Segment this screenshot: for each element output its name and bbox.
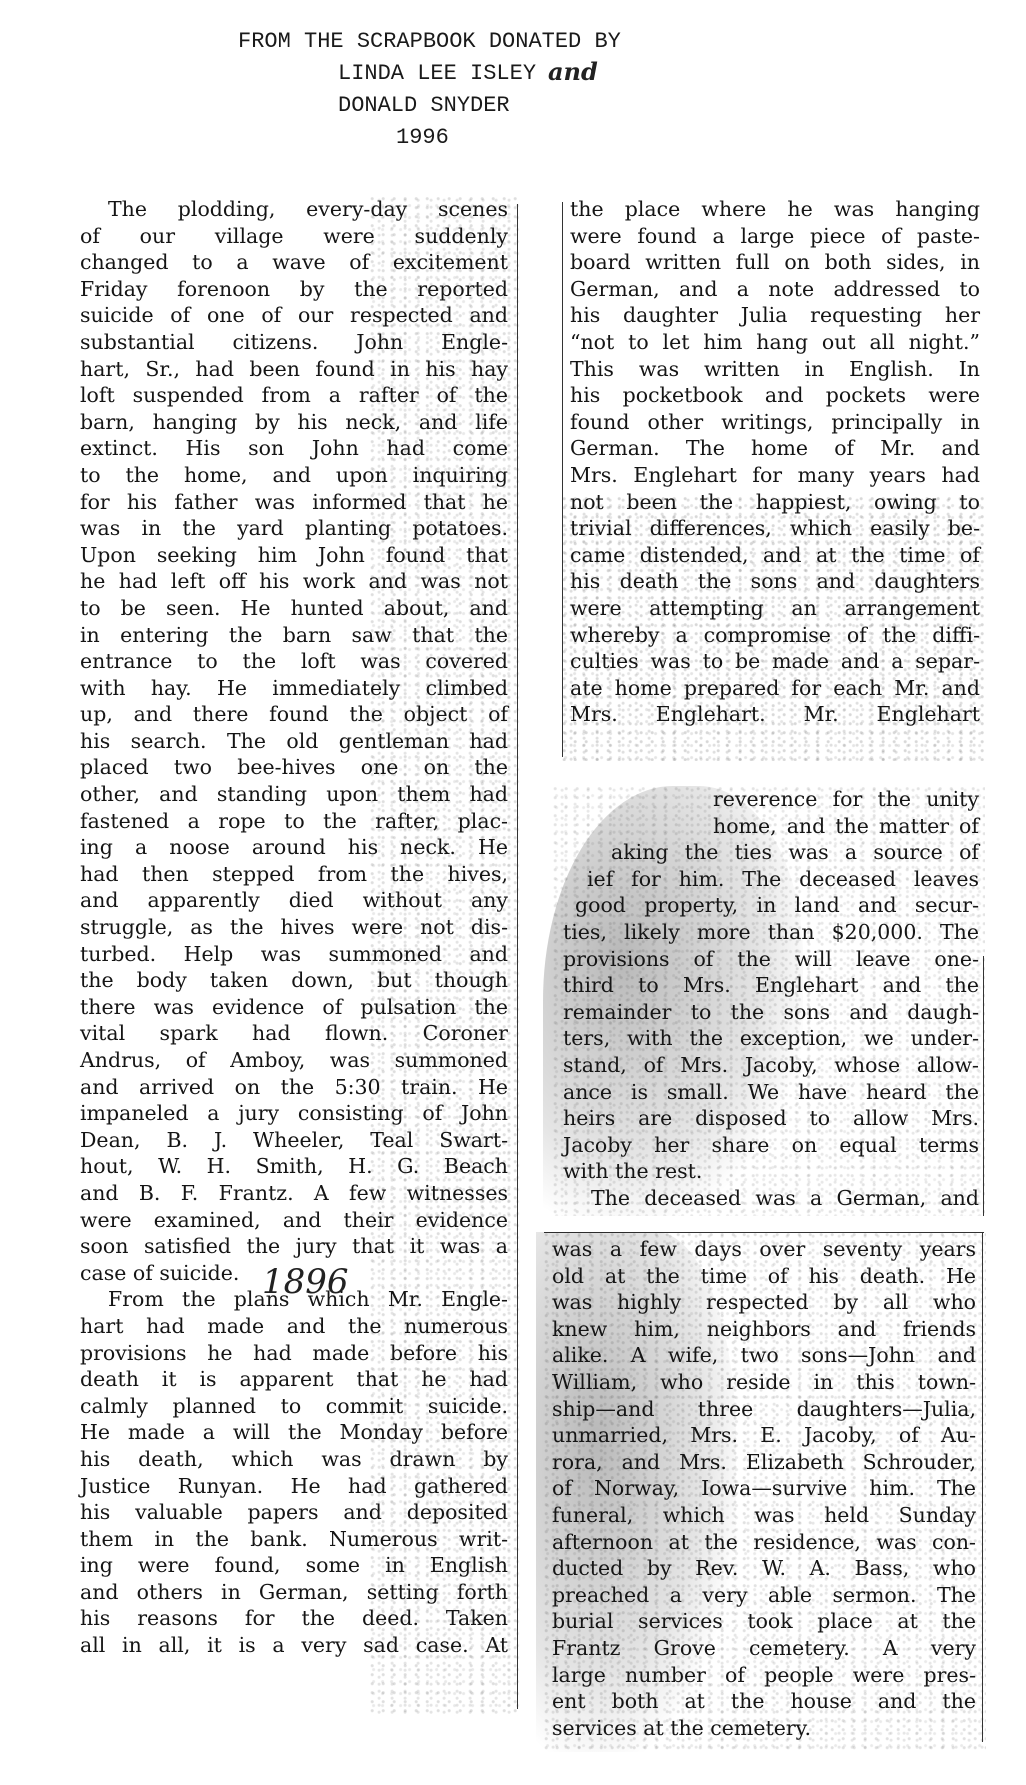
text-line: his daughter Julia requesting her [570,302,980,329]
text-line: afternoon at the residence, was con- [552,1529,976,1556]
text-line: barn, hanging by his neck, and life [80,409,508,436]
text-line: Dean, B. J. Wheeler, Teal Swart- [80,1127,508,1154]
text-line: reverence for the unity [563,786,979,813]
text-line: the place where he was hanging [570,196,980,223]
text-line: were examined, and their evidence [80,1207,508,1234]
text-line: German. The home of Mr. and [570,435,980,462]
text-line: his death, which was drawn by [80,1446,508,1473]
column-rule [983,956,984,1216]
text-line: Jacoby her share on equal terms [563,1132,979,1159]
text-line: rora, and Mrs. Elizabeth Schrouder, [552,1449,976,1476]
text-line: Frantz Grove cemetery. A very [552,1635,976,1662]
text-line: home, and the matter of [563,813,979,840]
text-line: Justice Runyan. He had gathered [80,1473,508,1500]
text-line: had then stepped from the hives, [80,861,508,888]
article-right-column-bottom: was a few days over seventy yearsold at … [552,1236,976,1741]
text-line: to be seen. He hunted about, and [80,595,508,622]
text-line: found other writings, principally in [570,409,980,436]
text-line: Upon seeking him John found that [80,542,508,569]
clipping-right-top: the place where he was hangingwere found… [562,196,984,761]
text-line: of Norway, Iowa—survive him. The [552,1475,976,1502]
text-line: loft suspended from a rafter of the [80,382,508,409]
text-line: stand, of Mrs. Jacoby, whose allow- [563,1052,979,1079]
text-line: were attempting an arrangement [570,595,980,622]
text-line: he had left off his work and was not [80,568,508,595]
text-line: with the rest. [563,1158,979,1185]
text-line: up, and there found the object of [80,701,508,728]
text-line: remainder to the sons and daugh- [563,999,979,1026]
column-rule [517,204,518,1709]
text-line: in entering the barn saw that the [80,622,508,649]
text-line: not been the happiest, owing to [570,489,980,516]
text-line: were found a large piece of paste- [570,223,980,250]
text-line: William, who reside in this town- [552,1369,976,1396]
text-line: ties, likely more than $20,000. The [563,919,979,946]
text-line: his search. The old gentleman had [80,728,508,755]
text-line: with hay. He immediately climbed [80,675,508,702]
text-line: Mrs. Englehart for many years had [570,462,980,489]
text-line: ters, with the exception, we under- [563,1025,979,1052]
text-line: death it is apparent that he had [80,1366,508,1393]
text-line: German, and a note addressed to [570,276,980,303]
text-line: The plodding, every-day scenes [80,196,508,223]
text-line: The deceased was a German, and [563,1185,979,1212]
text-line: knew him, neighbors and friends [552,1316,976,1343]
text-line: good property, in land and secur- [563,892,979,919]
text-line: was highly respected by all who [552,1289,976,1316]
text-line: came distended, and at the time of [570,542,980,569]
text-line: Friday forenoon by the reported [80,276,508,303]
text-line: soon satisfied the jury that it was a [80,1233,508,1260]
text-line: other, and standing upon them had [80,781,508,808]
text-line: ducted by Rev. W. A. Bass, who [552,1555,976,1582]
clipping-right-middle: reverence for the unityhome, and the mat… [553,786,985,1216]
text-line: “not to let him hang out all night.” [570,329,980,356]
text-line: was a few days over seventy years [552,1236,976,1263]
text-line: fastened a rope to the rafter, plac- [80,808,508,835]
text-line: impaneled a jury consisting of John [80,1100,508,1127]
text-line: ing were found, some in English [80,1552,508,1579]
text-line: hout, W. H. Smith, H. G. Beach [80,1153,508,1180]
clipping-left-column: The plodding, every-day scenesof our vil… [70,196,520,1716]
text-line: ent both at the house and the [552,1688,976,1715]
text-line: and apparently died without any [80,887,508,914]
text-line: third to Mrs. Englehart and the [563,972,979,999]
text-line: culties was to be made and a separ- [570,648,980,675]
text-line: the body taken down, but though [80,967,508,994]
text-line: struggle, as the hives were not dis- [80,914,508,941]
text-line: calmly planned to commit suicide. [80,1393,508,1420]
text-line: ief for him. The deceased leaves [563,866,979,893]
text-line: large number of people were pres- [552,1662,976,1689]
clipping-right-bottom: was a few days over seventy yearsold at … [544,1232,986,1752]
text-line: ship—and three daughters—Julia, [552,1396,976,1423]
column-rule [562,202,563,757]
text-line: to the home, and upon inquiring [80,462,508,489]
text-line: board written full on both sides, in [570,249,980,276]
text-line: burial services took place at the [552,1608,976,1635]
text-line: his death the sons and daughters [570,568,980,595]
text-line: was in the yard planting potatoes. [80,515,508,542]
text-line: them in the bank. Numerous writ- [80,1526,508,1553]
text-line: ate home prepared for each Mr. and [570,675,980,702]
text-line: whereby a compromise of the diffi- [570,622,980,649]
text-line: services at the cemetery. [552,1715,976,1742]
text-line: his reasons for the deed. Taken [80,1605,508,1632]
text-line: alike. A wife, two sons—John and [552,1342,976,1369]
text-line: preached a very able sermon. The [552,1582,976,1609]
text-line: Mrs. Englehart. Mr. Englehart [570,701,980,728]
text-line: for his father was informed that he [80,489,508,516]
text-line: of our village were suddenly [80,223,508,250]
text-line: vital spark had flown. Coroner [80,1020,508,1047]
text-line: entrance to the loft was covered [80,648,508,675]
text-line: funeral, which was held Sunday [552,1502,976,1529]
text-line: turbed. Help was summoned and [80,941,508,968]
text-line: ing a noose around his neck. He [80,834,508,861]
text-line: all in all, it is a very sad case. At [80,1632,508,1659]
handwritten-and: and [548,58,598,86]
text-line: provisions of the will leave one- [563,946,979,973]
handwritten-year-1896: 1896 [262,1262,349,1302]
column-rule [982,1232,983,1742]
text-line: This was written in English. In [570,356,980,383]
text-line: changed to a wave of excitement [80,249,508,276]
text-line: hart, Sr., had been found in his hay [80,356,508,383]
text-line: substantial citizens. John Engle- [80,329,508,356]
text-line: He made a will the Monday before [80,1419,508,1446]
text-line: extinct. His son John had come [80,435,508,462]
header-year: 1996 [396,124,449,152]
text-line: hart had made and the numerous [80,1313,508,1340]
text-line: old at the time of his death. He [552,1263,976,1290]
article-right-column-top: the place where he was hangingwere found… [570,196,980,728]
article-right-column-middle: reverence for the unityhome, and the mat… [563,786,979,1212]
text-line: aking the ties was a source of [563,839,979,866]
text-line: and B. F. Frantz. A few witnesses [80,1180,508,1207]
text-line: and others in German, setting forth [80,1579,508,1606]
text-line: unmarried, Mrs. E. Jacoby, of Au- [552,1422,976,1449]
header-donor-1: LINDA LEE ISLEY [338,60,536,88]
text-line: his valuable papers and deposited [80,1499,508,1526]
text-line: there was evidence of pulsation the [80,994,508,1021]
text-line: trivial differences, which easily be- [570,515,980,542]
header-donor-2: DONALD SNYDER [338,92,510,120]
text-line: and arrived on the 5:30 train. He [80,1074,508,1101]
text-line: heirs are disposed to allow Mrs. [563,1105,979,1132]
text-line: provisions he had made before his [80,1340,508,1367]
clipping-border [544,1232,984,1233]
text-line: his pocketbook and pockets were [570,382,980,409]
header-donated-by: FROM THE SCRAPBOOK DONATED BY [238,28,621,56]
article-left-column: The plodding, every-day scenesof our vil… [80,196,508,1659]
text-line: suicide of one of our respected and [80,302,508,329]
text-line: ance is small. We have heard the [563,1079,979,1106]
text-line: placed two bee-hives one on the [80,754,508,781]
text-line: Andrus, of Amboy, was summoned [80,1047,508,1074]
